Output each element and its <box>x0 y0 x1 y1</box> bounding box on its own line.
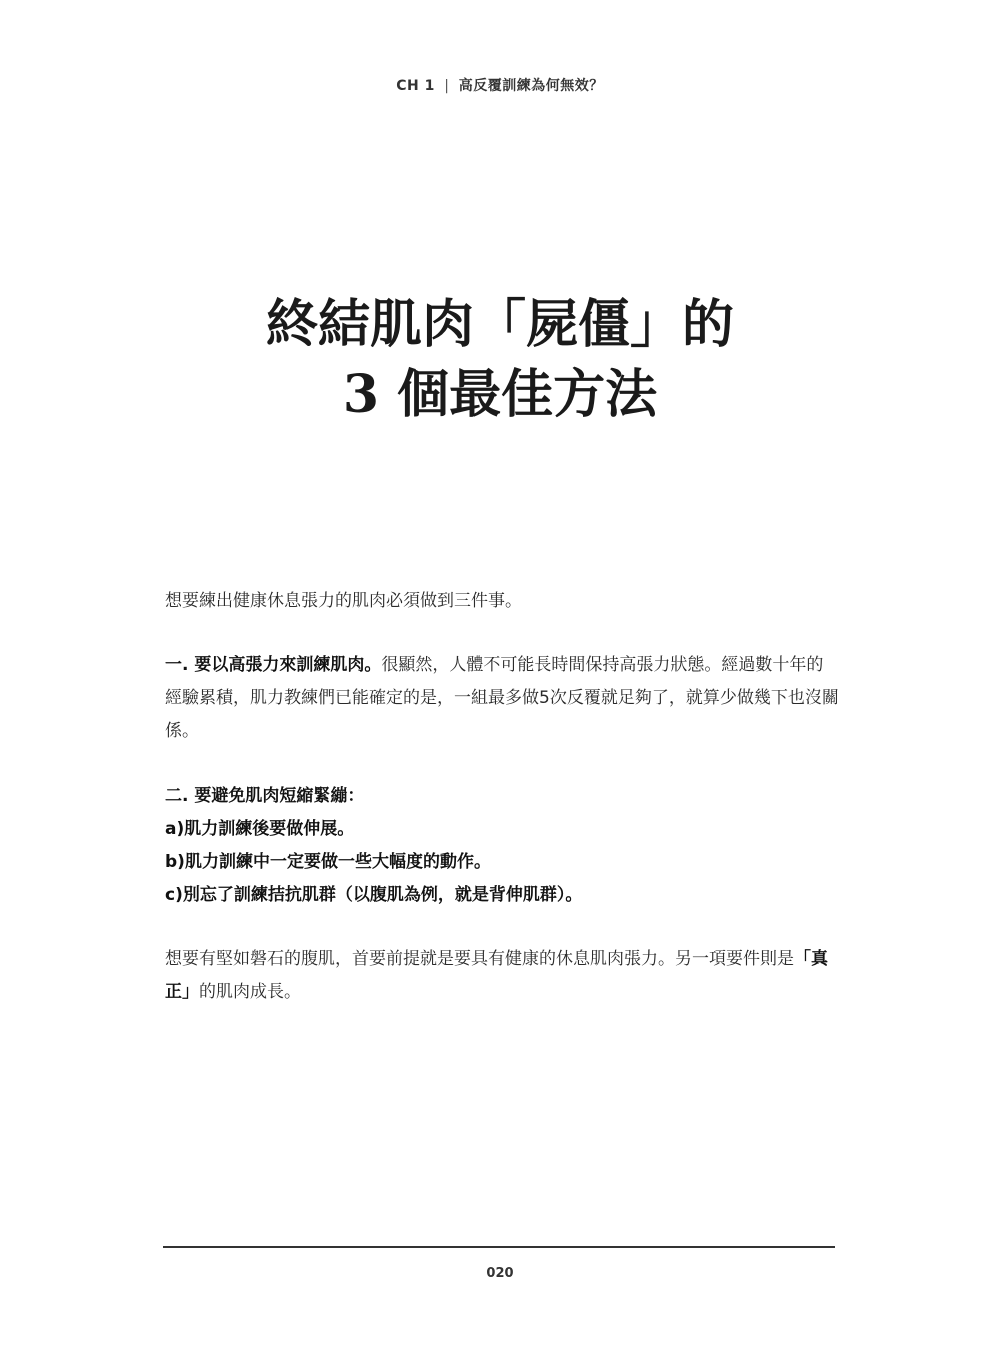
point-two-item-b: b)肌力訓練中一定要做一些大幅度的動作。 <box>165 852 491 872</box>
chapter-number: CH 1 <box>396 78 435 94</box>
closing-text-before: 想要有堅如磐石的腹肌，首要前提就是要具有健康的休息肌肉張力。另一項要件則是 <box>165 949 794 969</box>
intro-paragraph: 想要練出健康休息張力的肌肉必須做到三件事。 <box>165 585 840 618</box>
point-one-heading: 一. 要以高張力來訓練肌肉。 <box>165 655 381 675</box>
footer-divider <box>163 1246 835 1248</box>
closing-text-after: 的肌肉成長。 <box>199 982 301 1002</box>
point-one-paragraph: 一. 要以高張力來訓練肌肉。很顯然，人體不可能長時間保持高張力狀態。經過數十年的… <box>165 649 840 748</box>
point-two-block: 二. 要避免肌肉短縮緊繃： a)肌力訓練後要做伸展。 b)肌力訓練中一定要做一些… <box>165 780 840 912</box>
title-line-2: 3 個最佳方法 <box>0 360 1000 430</box>
title-line-1: 終結肌肉「屍僵」的 <box>0 290 1000 360</box>
page-number: 020 <box>0 1266 1000 1281</box>
running-header: CH 1 | 高反覆訓練為何無效？ <box>0 75 1000 95</box>
section-title: 終結肌肉「屍僵」的 3 個最佳方法 <box>0 290 1000 430</box>
chapter-title: 高反覆訓練為何無效？ <box>459 78 604 94</box>
point-two-item-a: a)肌力訓練後要做伸展。 <box>165 819 354 839</box>
point-two-item-c: c)別忘了訓練拮抗肌群（以腹肌為例，就是背伸肌群）。 <box>165 885 582 905</box>
point-two-heading: 二. 要避免肌肉短縮緊繃： <box>165 786 364 806</box>
closing-paragraph: 想要有堅如磐石的腹肌，首要前提就是要具有健康的休息肌肉張力。另一項要件則是「真正… <box>165 943 840 1009</box>
header-separator: | <box>444 78 449 94</box>
